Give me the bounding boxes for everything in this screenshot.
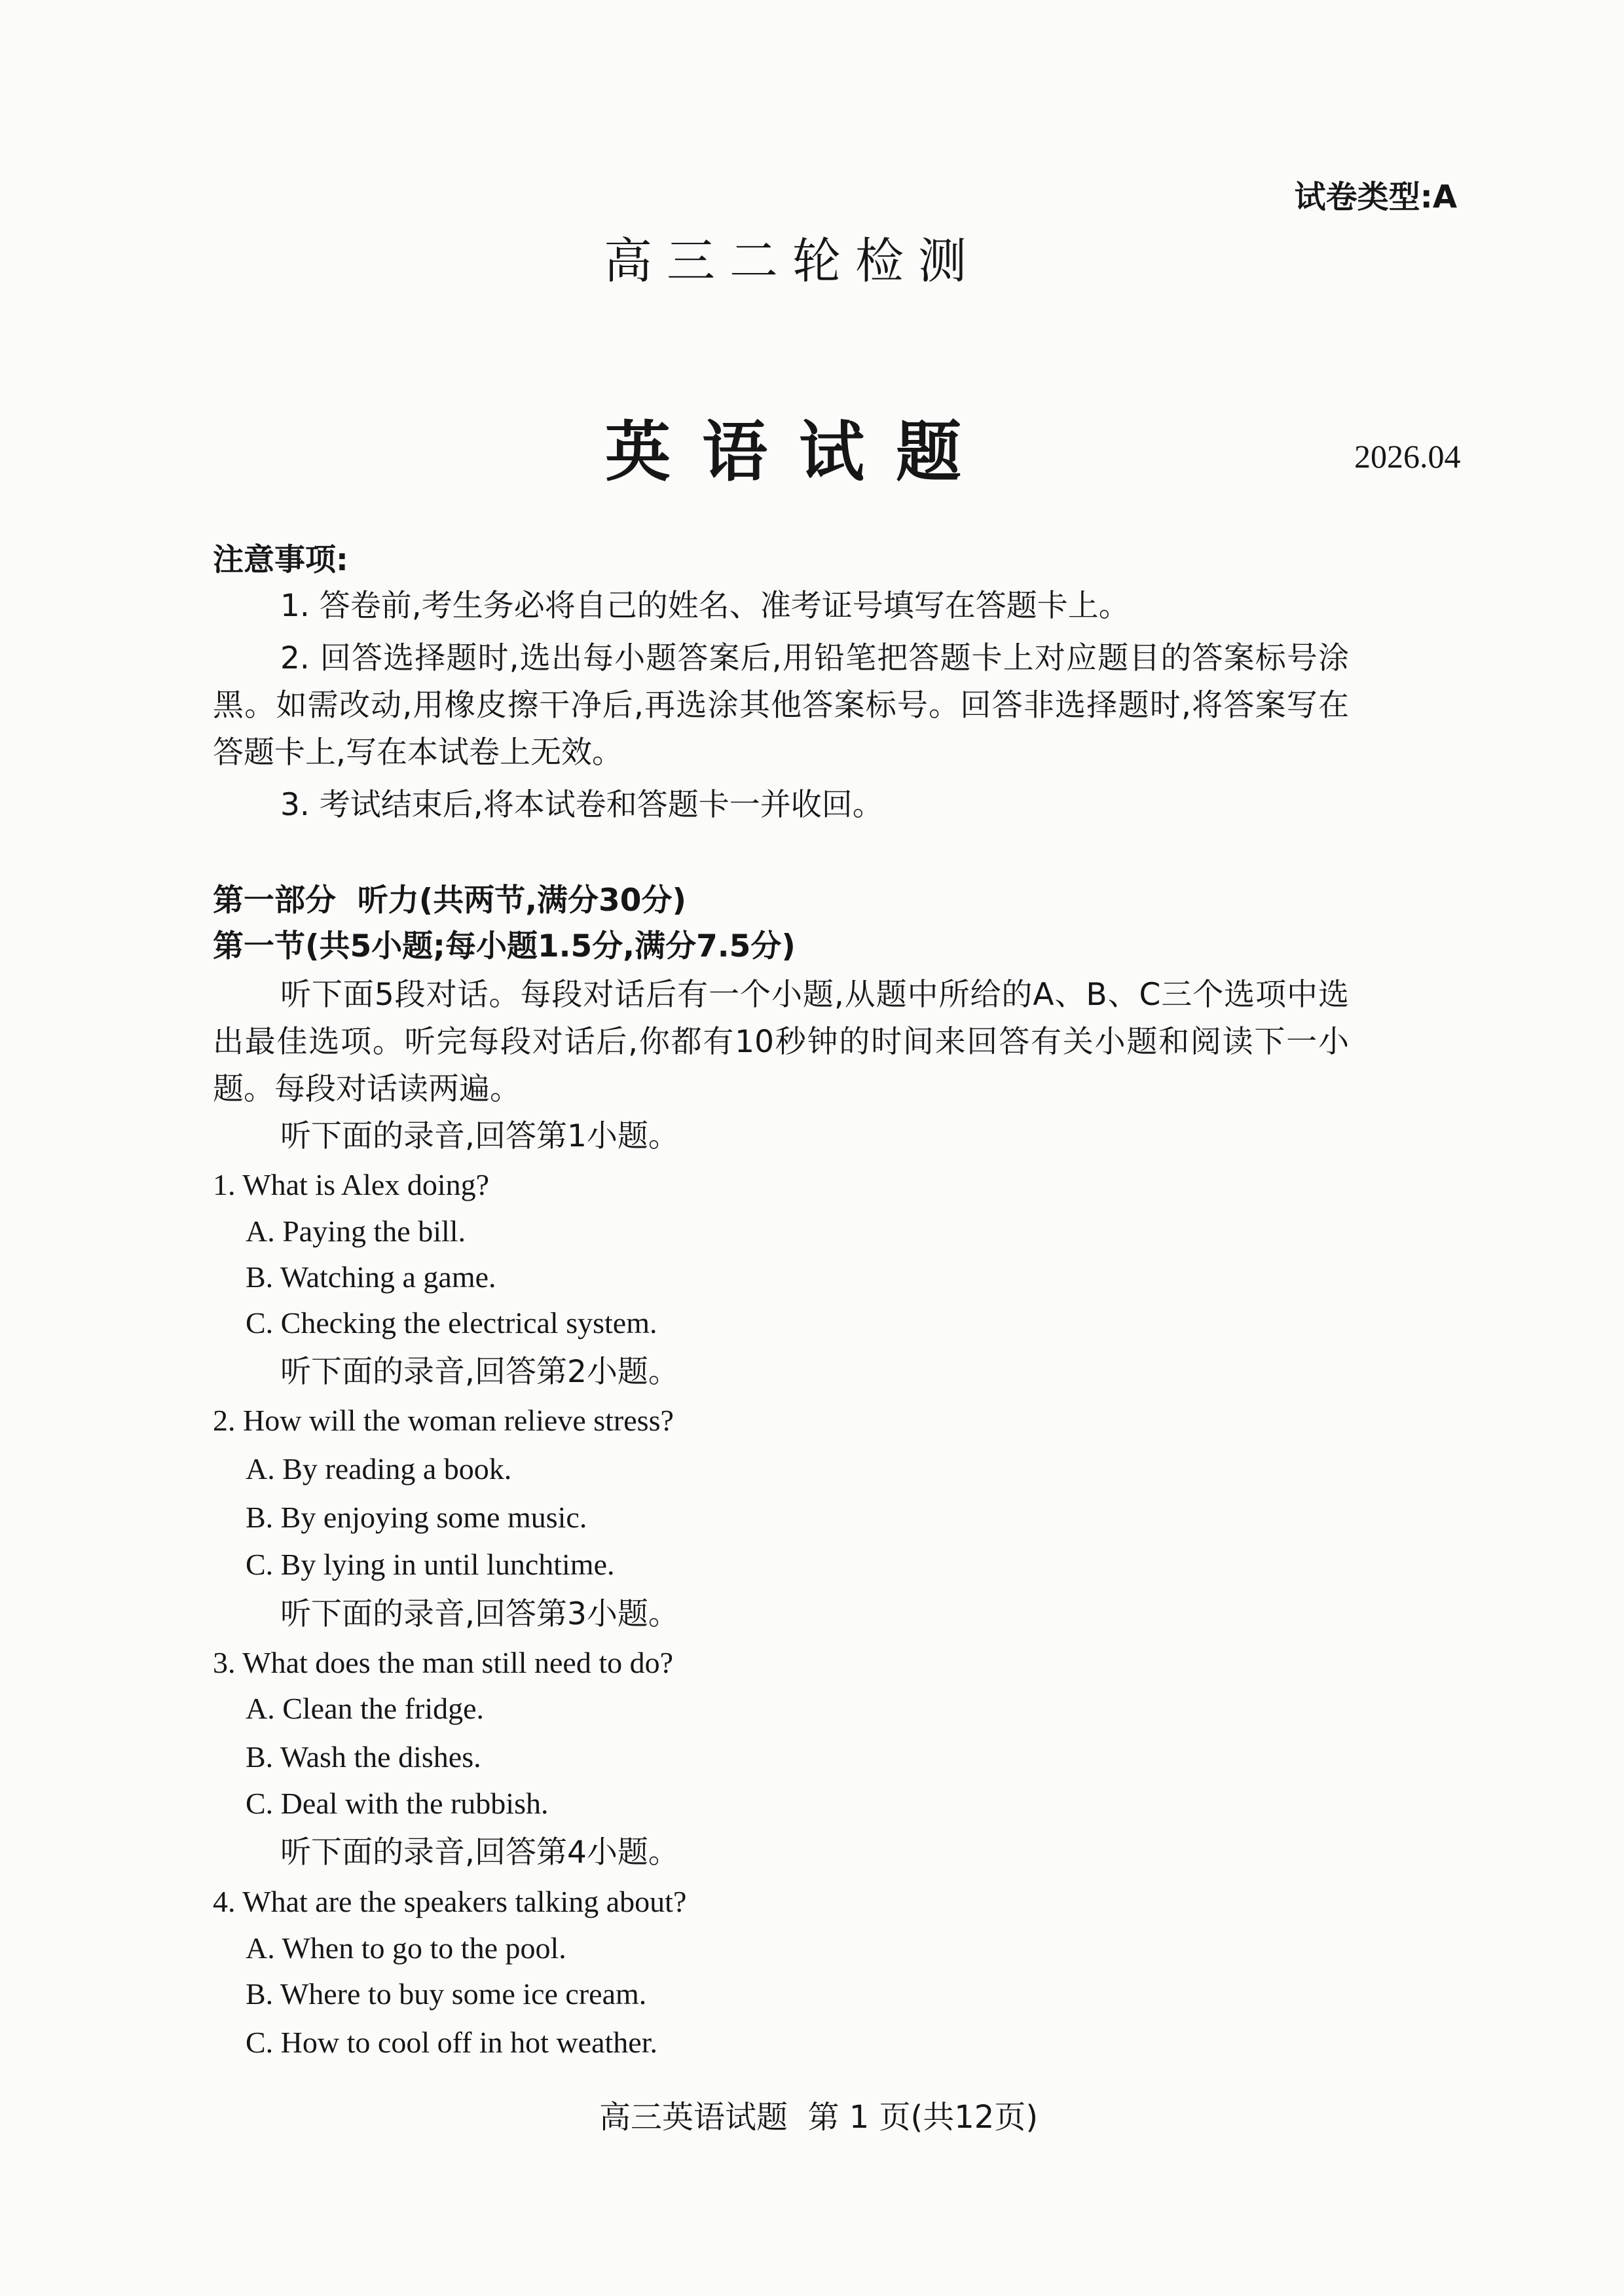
paper-type-label: 试卷类型:A bbox=[1295, 172, 1457, 217]
question-4-option-a[interactable]: A. When to go to the pool. bbox=[246, 1929, 566, 1968]
exam-round-title: 高三二轮检测 bbox=[0, 223, 1624, 292]
question-4-option-c[interactable]: C. How to cool off in hot weather. bbox=[246, 2023, 657, 2062]
question-1-prompt: 听下面的录音,回答第1小题。 bbox=[280, 1117, 679, 1156]
notice-item-3: 3. 考试结束后,将本试卷和答题卡一并收回。 bbox=[280, 786, 883, 825]
question-1-option-a[interactable]: A. Paying the bill. bbox=[246, 1212, 466, 1251]
question-3-prompt: 听下面的录音,回答第3小题。 bbox=[280, 1595, 679, 1634]
page-number-label: 高三英语试题 第 1 页(共12页) bbox=[599, 2092, 1038, 2137]
question-4-option-b[interactable]: B. Where to buy some ice cream. bbox=[246, 1975, 646, 2014]
part1-heading: 第一部分 听力(共两节,满分30分) bbox=[213, 881, 686, 920]
notice-heading: 注意事项: bbox=[213, 541, 348, 580]
notice-item-2: 2. 回答选择题时,选出每小题答案后,用铅笔把答题卡上对应题目的答案标号涂黑。如… bbox=[213, 635, 1349, 776]
question-4-prompt: 听下面的录音,回答第4小题。 bbox=[280, 1833, 679, 1872]
question-2-option-c[interactable]: C. By lying in until lunchtime. bbox=[246, 1545, 615, 1584]
question-1-text: 1. What is Alex doing? bbox=[213, 1165, 489, 1205]
section1-heading: 第一节(共5小题;每小题1.5分,满分7.5分) bbox=[213, 927, 796, 966]
question-4-text: 4. What are the speakers talking about? bbox=[213, 1882, 686, 1922]
exam-date: 2026.04 bbox=[1354, 437, 1461, 475]
question-2-prompt: 听下面的录音,回答第2小题。 bbox=[280, 1353, 679, 1392]
page-footer: 高三英语试题 第 1 页(共12页) bbox=[0, 2092, 1624, 2137]
question-1-option-b[interactable]: B. Watching a game. bbox=[246, 1258, 496, 1297]
question-3-option-b[interactable]: B. Wash the dishes. bbox=[246, 1738, 481, 1777]
section1-instructions: 听下面5段对话。每段对话后有一个小题,从题中所给的A、B、C三个选项中选出最佳选… bbox=[213, 972, 1349, 1113]
question-3-text: 3. What does the man still need to do? bbox=[213, 1643, 673, 1683]
notice-item-1: 1. 答卷前,考生务必将自己的姓名、准考证号填写在答题卡上。 bbox=[280, 587, 1130, 626]
question-3-option-a[interactable]: A. Clean the fridge. bbox=[246, 1689, 484, 1728]
page-title-text: 英语试题 bbox=[605, 399, 993, 494]
question-2-option-a[interactable]: A. By reading a book. bbox=[246, 1449, 511, 1489]
exam-round-text: 高三二轮检测 bbox=[604, 223, 981, 292]
question-3-option-c[interactable]: C. Deal with the rubbish. bbox=[246, 1784, 549, 1823]
question-2-text: 2. How will the woman relieve stress? bbox=[213, 1401, 674, 1440]
question-2-option-b[interactable]: B. By enjoying some music. bbox=[246, 1498, 587, 1537]
question-1-option-c[interactable]: C. Checking the electrical system. bbox=[246, 1303, 657, 1343]
